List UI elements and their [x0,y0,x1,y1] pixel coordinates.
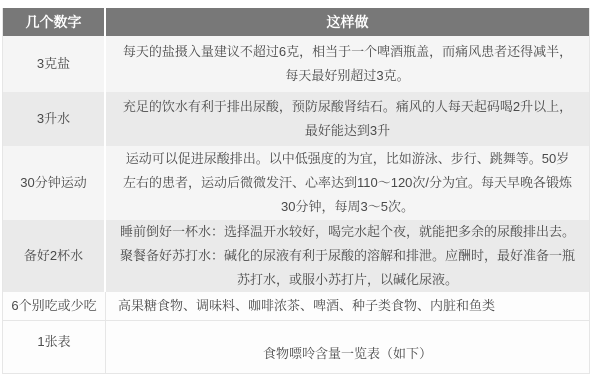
row-label: 30分钟运动 [3,146,106,220]
row-6-avoid-foods: 6个别吃或少吃 高果糖食物、调味料、咖啡浓茶、啤酒、种子类食物、内脏和鱼类 [3,292,589,320]
row-label: 备好2杯水 [3,220,106,292]
row-label: 6个别吃或少吃 [3,292,106,320]
row-label: 3克盐 [3,36,106,92]
row-30min-exercise: 30分钟运动 运动可以促进尿酸排出。以中低强度的为宜，比如游泳、步行、跳舞等。5… [3,146,589,220]
header-cell-numbers: 几个数字 [3,8,106,36]
row-2cups-water: 备好2杯水 睡前倒好一杯水：选择温开水较好，喝完水起个夜，就能把多余的尿酸排出去… [3,220,589,292]
row-content: 运动可以促进尿酸排出。以中低强度的为宜，比如游泳、步行、跳舞等。50岁左右的患者… [106,146,589,220]
header-cell-howto: 这样做 [106,8,589,36]
row-content: 每天的盐摄入量建议不超过6克，相当于一个啤酒瓶盖，而痛风患者还得减半，每天最好别… [106,36,589,92]
table-header-row: 几个数字 这样做 [3,8,589,36]
row-label: 3升水 [3,92,106,146]
row-content: 食物嘌呤含量一览表（如下） [106,321,589,373]
row-content: 充足的饮水有利于排出尿酸，预防尿酸肾结石。痛风的人每天起码喝2升以上，最好能达到… [106,92,589,146]
row-3l-water: 3升水 充足的饮水有利于排出尿酸，预防尿酸肾结石。痛风的人每天起码喝2升以上，最… [3,92,589,146]
row-1-purine-table: 1张表 食物嘌呤含量一览表（如下） [3,320,589,373]
row-3g-salt: 3克盐 每天的盐摄入量建议不超过6克，相当于一个啤酒瓶盖，而痛风患者还得减半，每… [3,36,589,92]
row-content: 睡前倒好一杯水：选择温开水较好，喝完水起个夜，就能把多余的尿酸排出去。 聚餐备好… [106,220,589,292]
row-label: 1张表 [3,321,106,373]
advice-table: 几个数字 这样做 3克盐 每天的盐摄入量建议不超过6克，相当于一个啤酒瓶盖，而痛… [2,8,590,374]
row-content: 高果糖食物、调味料、咖啡浓茶、啤酒、种子类食物、内脏和鱼类 [106,292,589,320]
